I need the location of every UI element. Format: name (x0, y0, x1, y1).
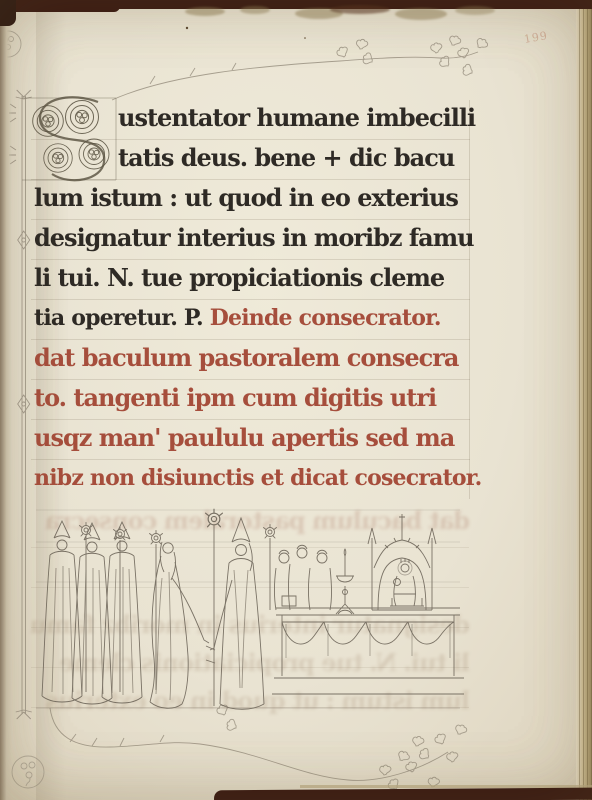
text-line-rubric: usqz man' paululu apertis sed ma (34, 418, 472, 458)
rubric-text: nibz non disiunctis et dicat cosecrator. (34, 465, 481, 491)
bleed-through-text: lum istum : ut quod in eo exterius (40, 686, 470, 715)
ivy-leaf-cluster (336, 34, 490, 78)
rubric-text: usqz man' paululu apertis sed ma (34, 423, 454, 452)
line-text: li tui. N. tue propiciationis cleme (34, 263, 444, 292)
folio-number: 199 (523, 29, 549, 46)
page-stack-edge (576, 0, 592, 800)
text-line-rubric: nibz non disiunctis et dicat cosecrator. (34, 458, 472, 498)
rubric-text: to. tangenti ipm cum digitis utri (34, 383, 436, 412)
line-text: tia operetur. P. (34, 305, 210, 331)
line-text: tatis deus. bene + dic bacu (118, 143, 454, 172)
rubric-text: Deinde consecrator. (210, 305, 441, 331)
book-gutter-edge (0, 0, 12, 800)
bleed-line: lum istum : ut quod in eo exterius (46, 686, 470, 715)
ivy-leaf-cluster (379, 723, 468, 792)
binding-corner (0, 0, 16, 26)
bleed-line: dat baculum pastoralem consecra (46, 506, 470, 535)
page-edge-lines (576, 0, 592, 800)
top-vine-ornament (112, 34, 489, 100)
text-line: designatur interius in moribz famu (34, 218, 472, 258)
text-line: li tui. N. tue propiciationis cleme (34, 258, 472, 298)
line-text: lum istum : ut quod in eo exterius (34, 183, 458, 212)
edge-stain (185, 7, 225, 16)
edge-stain (455, 6, 495, 15)
text-line: tatis deus. bene + dic bacu (34, 138, 472, 178)
rubric-text: dat baculum pastoralem consecra (34, 343, 458, 372)
text-line: lum istum : ut quod in eo exterius (34, 178, 472, 218)
text-line-rubric: dat baculum pastoralem consecra (34, 338, 472, 378)
text-line: tia operetur. P. Deinde consecrator. (34, 298, 472, 338)
edge-stain (240, 6, 270, 14)
line-text: ustentator humane imbecilli (118, 103, 475, 132)
bleed-through-text: designatur interius in moribz famu (40, 610, 470, 639)
bleed-through-text: dat baculum pastoralem consecra (40, 506, 470, 535)
bleed-through-text: li tui. N. tue propiciationis cleme (40, 648, 470, 677)
binding-top-edge-left (0, 0, 120, 12)
edge-stain (330, 5, 390, 14)
text-block: Sustentator humane imbecilli tatis deus.… (34, 98, 472, 498)
binding-bottom-edge (214, 788, 592, 800)
text-line-rubric: to. tangenti ipm cum digitis utri (34, 378, 472, 418)
bleed-line: designatur interius in moribz famu (30, 610, 470, 639)
line-text: designatur interius in moribz famu (34, 223, 474, 252)
manuscript-page-photo: dat baculum pastoralem consecra designat… (0, 0, 592, 800)
text-line: Sustentator humane imbecilli (34, 98, 472, 138)
bleed-line: li tui. N. tue propiciationis cleme (60, 648, 470, 677)
margin-bar-ornament (9, 90, 32, 719)
bottom-vine-ornament (50, 704, 468, 792)
ink-specks (186, 27, 306, 39)
edge-stain (395, 8, 447, 20)
